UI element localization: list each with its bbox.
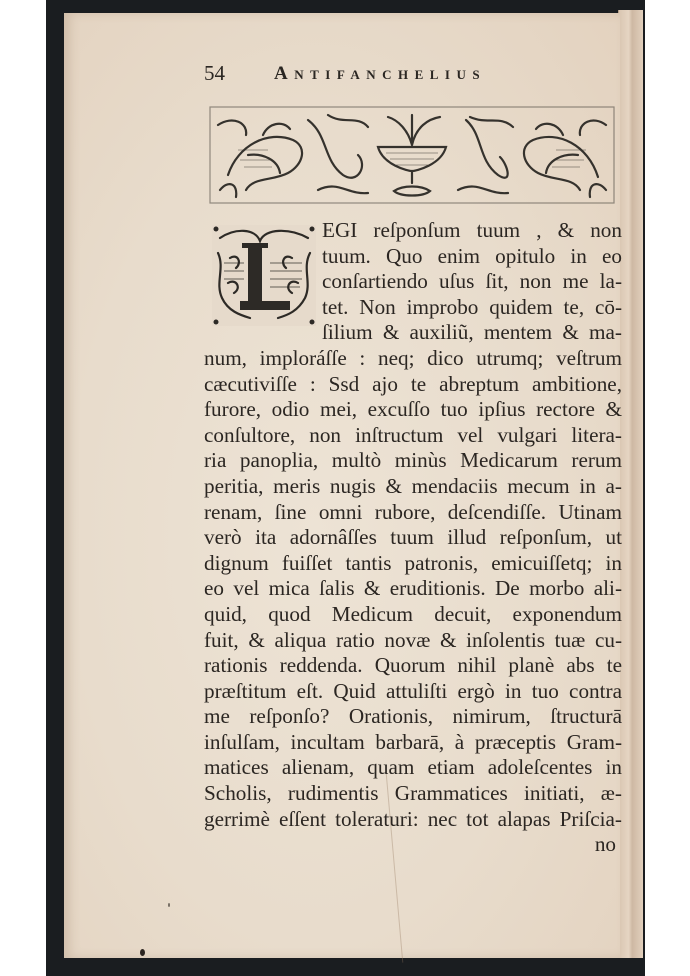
- text-line: præſtitum eſt. Quid attuliſti ergò in tu…: [204, 679, 622, 705]
- text-line: quid, quod Medicum decuit, exponendum: [204, 602, 622, 628]
- text-line: num, imploráſſe : neq; dico utrumq; veſt…: [204, 346, 622, 372]
- woodcut-ornament-icon: [208, 105, 616, 205]
- running-title: Antifanchelius: [274, 63, 486, 85]
- text-line: verò ita adornâſſes tuum illud reſponſum…: [204, 525, 622, 551]
- text-line: conſultore, non inſtructum vel vulgari l…: [204, 423, 622, 449]
- ink-speck: [140, 949, 145, 956]
- text-line: peritia, meris nugis & mendaciis mecum i…: [204, 474, 622, 500]
- text-line: dignum fuiſſet tantis patronis, emicuiſſ…: [204, 551, 622, 577]
- ink-speck: [168, 903, 170, 907]
- page-number: 54: [204, 61, 225, 86]
- text-line: EGI reſponſum tuum , & non: [204, 218, 622, 244]
- body-text: EGI reſponſum tuum , & non tuum. Quo eni…: [204, 218, 622, 858]
- text-line: tet. Non improbo quidem te, cō-: [204, 295, 622, 321]
- text-line: tuum. Quo enim opitulo in eo: [204, 244, 622, 270]
- text-line: conſartiendo uſus ſit, non me la-: [204, 269, 622, 295]
- text-line: cæcutiviſſe : Ssd ajo te abreptum ambiti…: [204, 372, 622, 398]
- text-line: matices alienam, quam etiam adoleſcentes…: [204, 755, 622, 781]
- catchword: no: [204, 832, 622, 858]
- running-header: 54 Antifanchelius: [204, 59, 624, 89]
- book-page: 54 Antifanchelius: [64, 13, 620, 958]
- text-line: eo vel mica ſalis & eruditionis. De morb…: [204, 576, 622, 602]
- text-line: gerrimè eſſent toleraturi: nec tot alapa…: [204, 807, 622, 833]
- text-line: rationis reddenda. Quorum nihil planè ab…: [204, 653, 622, 679]
- text-line: inſulſam, incultam barbarā, à præceptis …: [204, 730, 622, 756]
- text-line: renam, ſine omni rubore, deſcendiſſe. Ut…: [204, 500, 622, 526]
- text-line: Scholis, rudimentis Grammatices initiati…: [204, 781, 622, 807]
- text-line: ſilium & auxiliũ, mentem & ma-: [204, 320, 622, 346]
- text-line: fuit, & aliqua ratio novæ & inſolentis t…: [204, 628, 622, 654]
- text-line: furore, odio mei, excuſſo tuo ipſius rec…: [204, 397, 622, 423]
- text-line: me reſponſo? Orationis, nimirum, ſtructu…: [204, 704, 622, 730]
- text-line: ria panoplia, multò minùs Medicarum reru…: [204, 448, 622, 474]
